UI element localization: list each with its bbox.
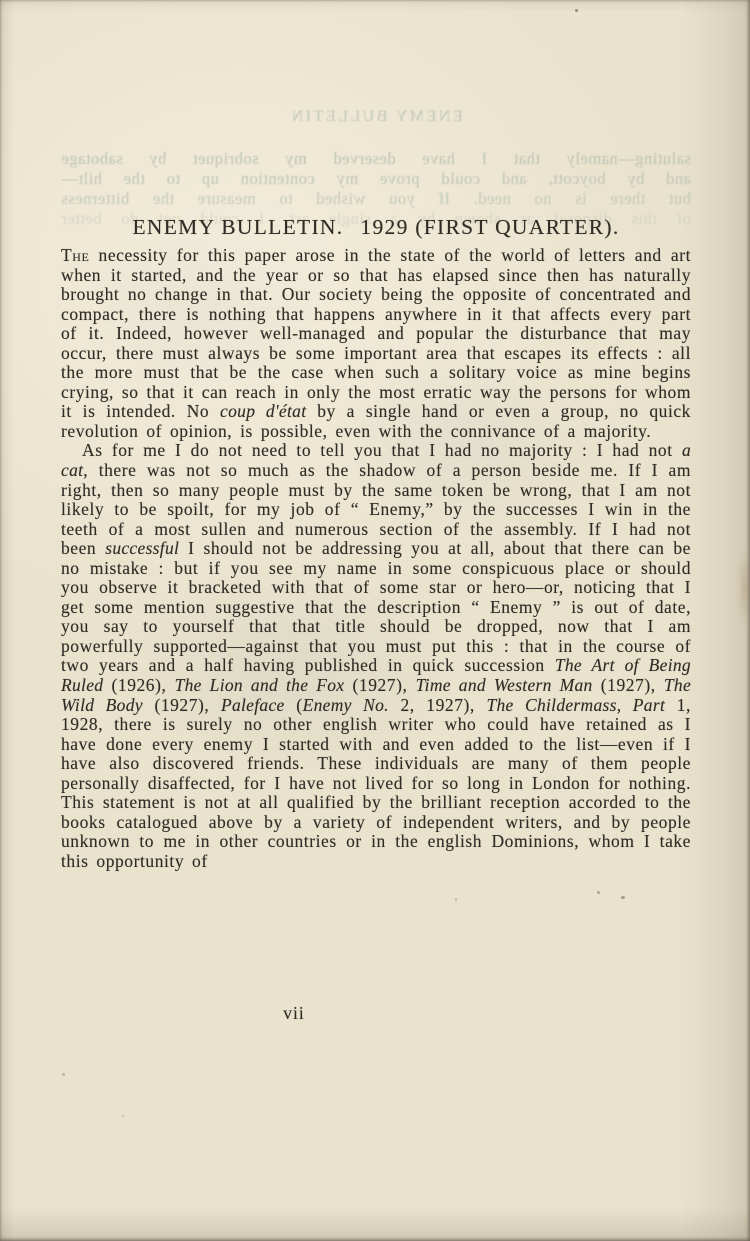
dust-speck [62, 1073, 65, 1076]
bleedthrough-line: and by boycott, and could prove my conte… [61, 169, 691, 189]
scanned-book-page: ENEMY BULLETIN saluting—namely that I ha… [0, 0, 750, 1241]
page-body: The necessity for this paper arose in th… [61, 246, 691, 872]
bleedthrough-line: saluting—namely that I have deserved my … [61, 149, 691, 169]
dust-speck [122, 1115, 124, 1117]
dust-speck [455, 898, 457, 901]
page-heading: ENEMY BULLETIN.1929 (FIRST QUARTER). [61, 215, 691, 240]
heading-date: 1929 (FIRST QUARTER). [360, 215, 619, 239]
dust-speck [597, 891, 600, 894]
bleedthrough-line: but there is no need. If you wished to m… [61, 189, 691, 209]
paragraph: The necessity for this paper arose in th… [61, 246, 691, 441]
page-edge-smudge [739, 548, 750, 628]
bleedthrough-running-header: ENEMY BULLETIN [61, 108, 691, 126]
paragraph: As for me I do not need to tell you that… [61, 441, 691, 871]
dust-speck [575, 9, 578, 12]
heading-title: ENEMY BULLETIN. [132, 215, 343, 239]
dust-speck [621, 896, 625, 899]
page-number: vii [254, 1003, 334, 1024]
